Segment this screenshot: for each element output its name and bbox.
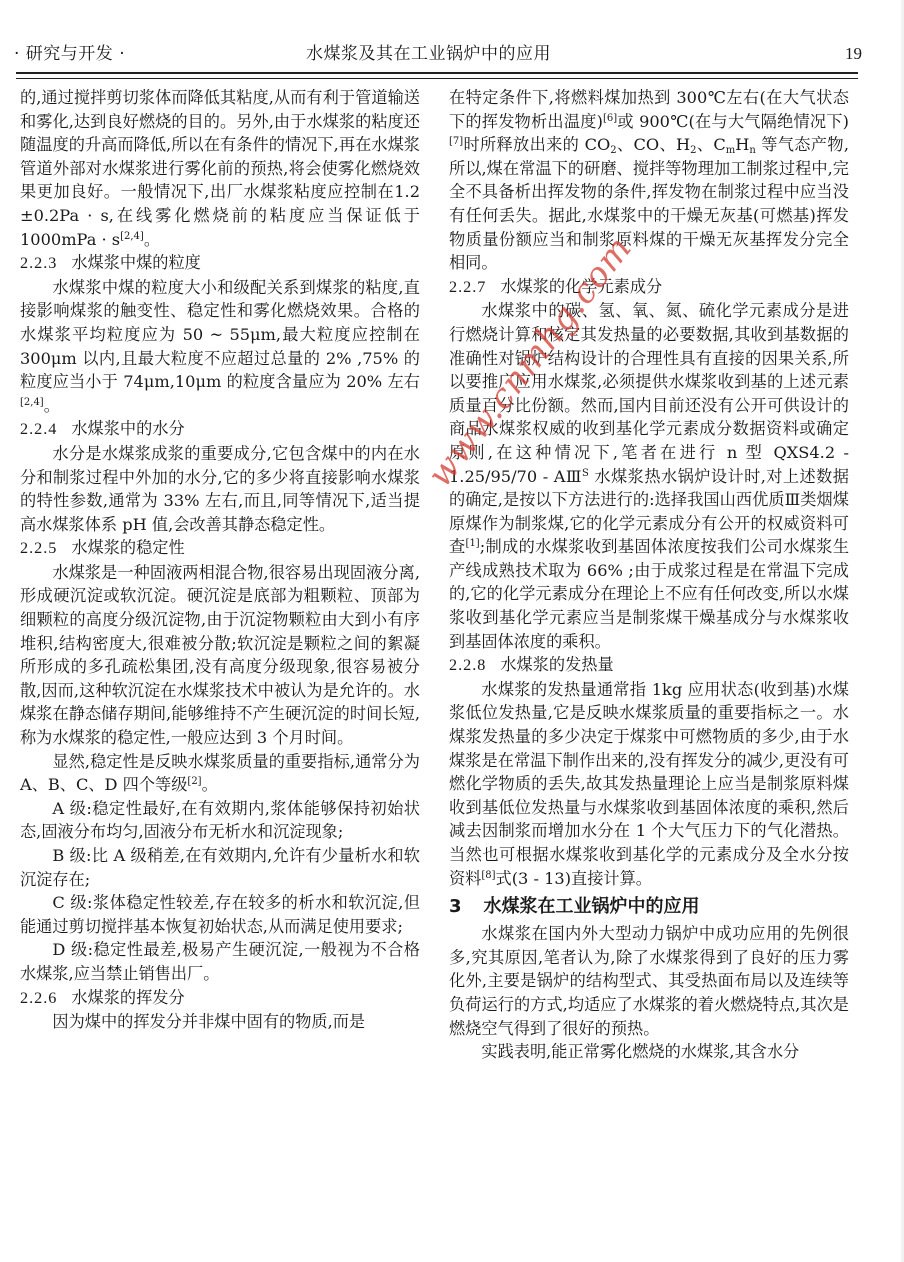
citation: [7]	[449, 136, 463, 147]
paragraph-volatiles-start: 因为煤中的挥发分并非煤中固有的物质,而是	[20, 1010, 420, 1034]
citation: [2,4]	[120, 231, 144, 242]
paragraph-calorific-value: 水煤浆的发热量通常指 1kg 应用状态(收到基)水煤浆低位发热量,它是反映水煤浆…	[449, 678, 849, 890]
section-heading-2-2-5: 2.2.5水煤浆的稳定性	[20, 536, 420, 561]
right-column: 在特定条件下,将燃料煤加热到 300℃左右(在大气状态下的挥发物析出温度)[6]…	[449, 86, 849, 1064]
page-number: 19	[845, 42, 862, 66]
section-heading-3: 3水煤浆在工业锅炉中的应用	[449, 894, 849, 920]
paragraph-practice: 实践表明,能正常雾化燃烧的水煤浆,其含水分	[449, 1040, 849, 1064]
paragraph-viscosity: 的,通过搅拌剪切浆体而降低其粘度,从而有利于管道输送和雾化,达到良好燃烧的目的。…	[20, 86, 420, 251]
citation: [1]	[466, 538, 480, 549]
paragraph-chemical-composition: 水煤浆中的碳、氢、氧、氮、硫化学元素成分是进行燃烧计算和核定其发热量的必要数据,…	[449, 299, 849, 653]
paragraph-industrial-application: 水煤浆在国内外大型动力锅炉中成功应用的先例很多,究其原因,笔者认为,除了水煤浆得…	[449, 922, 849, 1040]
section-heading-2-2-6: 2.2.6水煤浆的挥发分	[20, 986, 420, 1011]
header-rule-divider	[16, 72, 858, 79]
grade-b-item: B 级:比 A 级稍差,在有效期内,允许有少量析水和软沉淀存在;	[20, 844, 420, 891]
header-section-label: · 研究与开发 ·	[14, 42, 125, 66]
paragraph-stability-grades: 显然,稳定性是反映水煤浆质量的重要指标,通常分为 A、B、C、D 四个等级[2]…	[20, 750, 420, 797]
citation: [2]	[187, 776, 201, 787]
citation: [6]	[603, 113, 617, 124]
section-heading-2-2-8: 2.2.8水煤浆的发热量	[449, 653, 849, 678]
section-heading-2-2-7: 2.2.7水煤浆的化学元素成分	[449, 275, 849, 300]
citation: [2,4]	[20, 397, 44, 408]
paragraph-volatiles: 在特定条件下,将燃料煤加热到 300℃左右(在大气状态下的挥发物析出温度)[6]…	[449, 86, 849, 275]
paragraph-stability: 水煤浆是一种固液两相混合物,很容易出现固液分离,形成硬沉淀或软沉淀。硬沉淀是底部…	[20, 561, 420, 750]
header-article-title: 水煤浆及其在工业锅炉中的应用	[306, 42, 551, 66]
citation: [8]	[481, 870, 495, 881]
grade-c-item: C 级:浆体稳定性较差,存在较多的析水和软沉淀,但能通过剪切搅拌基本恢复初始状态…	[20, 891, 420, 938]
grade-a-item: A 级:稳定性最好,在有效期内,浆体能够保持初始状态,固液分布均匀,固液分布无析…	[20, 797, 420, 844]
running-header: · 研究与开发 · 水煤浆及其在工业锅炉中的应用 19	[14, 42, 890, 70]
paragraph-particle-size: 水煤浆中煤的粒度大小和级配关系到煤浆的粘度,直接影响煤浆的触变性、稳定性和雾化燃…	[20, 276, 420, 418]
section-heading-2-2-4: 2.2.4水煤浆中的水分	[20, 417, 420, 442]
grade-d-item: D 级:稳定性最差,极易产生硬沉淀,一般视为不合格水煤浆,应当禁止销售出厂。	[20, 938, 420, 985]
left-column: 的,通过搅拌剪切浆体而降低其粘度,从而有利于管道输送和雾化,达到良好燃烧的目的。…	[20, 86, 420, 1034]
paragraph-moisture: 水分是水煤浆成浆的重要成分,它包含煤中的内在水分和制浆过程中外加的水分,它的多少…	[20, 442, 420, 536]
section-heading-2-2-3: 2.2.3水煤浆中煤的粒度	[20, 251, 420, 276]
